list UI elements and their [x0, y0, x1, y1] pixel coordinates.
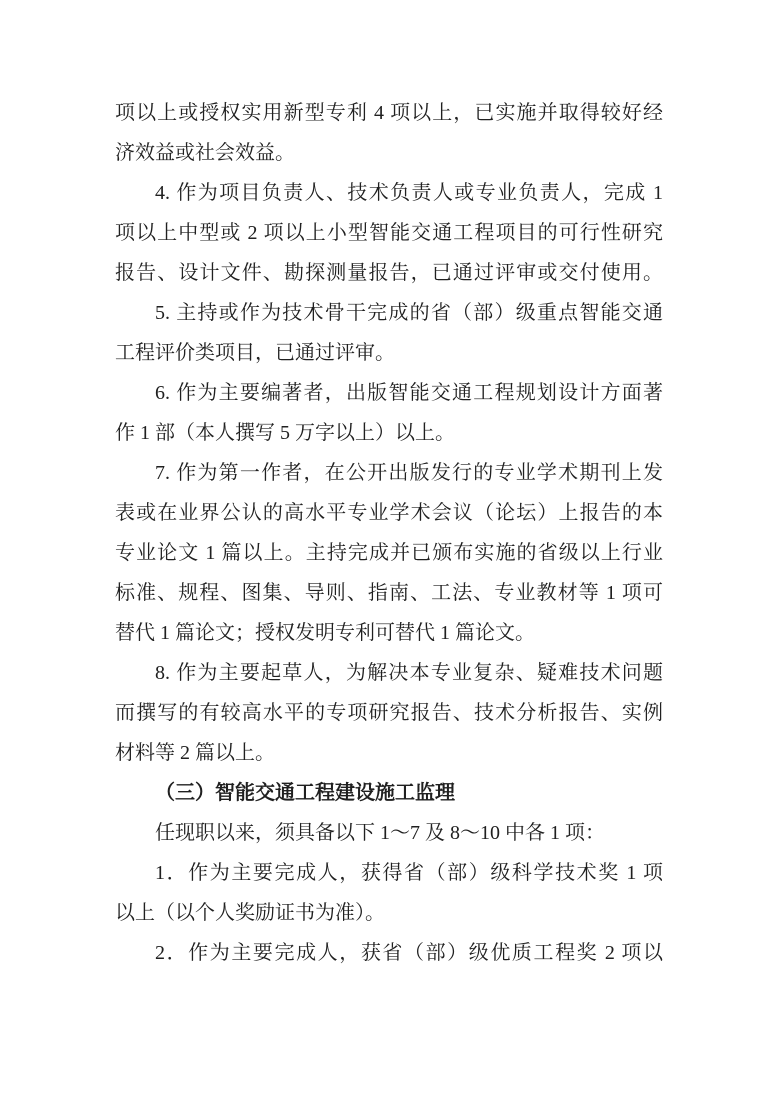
text-line: 工程评价类项目，已通过评审。	[115, 333, 663, 373]
text-line: 1．作为主要完成人，获得省（部）级科学技术奖 1 项	[115, 853, 663, 893]
text-line: 报告、设计文件、勘探测量报告，已通过评审或交付使用。	[115, 253, 663, 293]
text-line: 4. 作为项目负责人、技术负责人或专业负责人，完成 1	[115, 173, 663, 213]
text-line: 项以上中型或 2 项以上小型智能交通工程项目的可行性研究	[115, 213, 663, 253]
text-line: 2．作为主要完成人，获省（部）级优质工程奖 2 项以上。	[115, 933, 663, 973]
text-line: 以上（以个人奖励证书为准）。	[115, 893, 663, 933]
text-line: 材料等 2 篇以上。	[115, 733, 663, 773]
text-line: 标准、规程、图集、导则、指南、工法、专业教材等 1 项可	[115, 573, 663, 613]
text-line: 6. 作为主要编著者，出版智能交通工程规划设计方面著	[115, 373, 663, 413]
text-line: 项以上或授权实用新型专利 4 项以上，已实施并取得较好经	[115, 93, 663, 133]
text-line: 替代 1 篇论文；授权发明专利可替代 1 篇论文。	[115, 613, 663, 653]
text-line: 任现职以来，须具备以下 1～7 及 8～10 中各 1 项：	[115, 813, 663, 853]
text-line: 作 1 部（本人撰写 5 万字以上）以上。	[115, 413, 663, 453]
document-page: 项以上或授权实用新型专利 4 项以上，已实施并取得较好经 济效益或社会效益。 4…	[0, 0, 777, 1099]
document-body: 项以上或授权实用新型专利 4 项以上，已实施并取得较好经 济效益或社会效益。 4…	[115, 93, 663, 973]
text-line: 8. 作为主要起草人，为解决本专业复杂、疑难技术问题	[115, 653, 663, 693]
text-line: 济效益或社会效益。	[115, 133, 663, 173]
text-line: 专业论文 1 篇以上。主持完成并已颁布实施的省级以上行业	[115, 533, 663, 573]
text-line: 而撰写的有较高水平的专项研究报告、技术分析报告、实例	[115, 693, 663, 733]
section-heading: （三）智能交通工程建设施工监理	[115, 773, 663, 813]
text-line: 表或在业界公认的高水平专业学术会议（论坛）上报告的本	[115, 493, 663, 533]
text-line: 5. 主持或作为技术骨干完成的省（部）级重点智能交通	[115, 293, 663, 333]
text-line: 7. 作为第一作者，在公开出版发行的专业学术期刊上发	[115, 453, 663, 493]
